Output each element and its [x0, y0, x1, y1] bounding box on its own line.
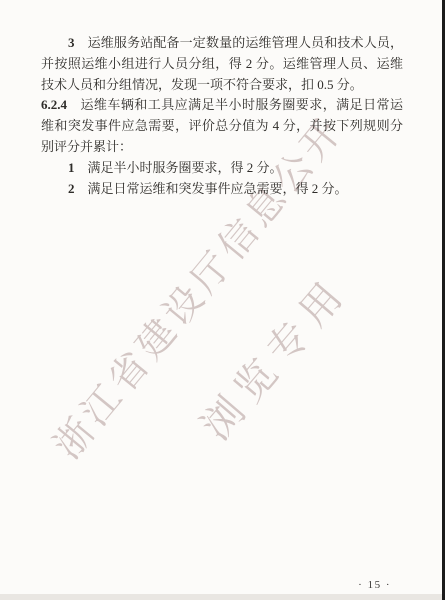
- document-page: 浙江省建设厅信息公开 浏览专用 3运维服务站配备一定数量的运维管理人员和技术人员…: [0, 0, 445, 600]
- clause-text: 运维服务站配备一定数量的运维管理人员和技术人员，并按照运维小组进行人员分组，得 …: [41, 35, 403, 92]
- list-item-1: 1满足半小时服务圈要求，得 2 分。: [41, 158, 403, 179]
- list-item-number: 2: [68, 181, 88, 196]
- list-item-text: 满足半小时服务圈要求，得 2 分。: [88, 160, 283, 175]
- document-body: 3运维服务站配备一定数量的运维管理人员和技术人员，并按照运维小组进行人员分组，得…: [41, 33, 403, 199]
- section-6-2-4: 6.2.4运维车辆和工具应满足半小时服务圈要求，满足日常运维和突发事件应急需要，…: [41, 95, 403, 157]
- list-item-2: 2满足日常运维和突发事件应急需要，得 2 分。: [41, 179, 403, 200]
- clause-number: 3: [68, 35, 88, 50]
- page-number: · 15 ·: [358, 579, 391, 591]
- section-text: 运维车辆和工具应满足半小时服务圈要求，满足日常运维和突发事件应急需要，评价总分值…: [41, 97, 403, 154]
- watermark-line-2: 浏览专用: [186, 261, 359, 450]
- list-item-number: 1: [68, 160, 88, 175]
- clause-item-3: 3运维服务站配备一定数量的运维管理人员和技术人员，并按照运维小组进行人员分组，得…: [41, 33, 403, 95]
- scan-bottom-strip: [0, 594, 445, 600]
- section-number: 6.2.4: [41, 97, 80, 112]
- list-item-text: 满足日常运维和突发事件应急需要，得 2 分。: [88, 181, 348, 196]
